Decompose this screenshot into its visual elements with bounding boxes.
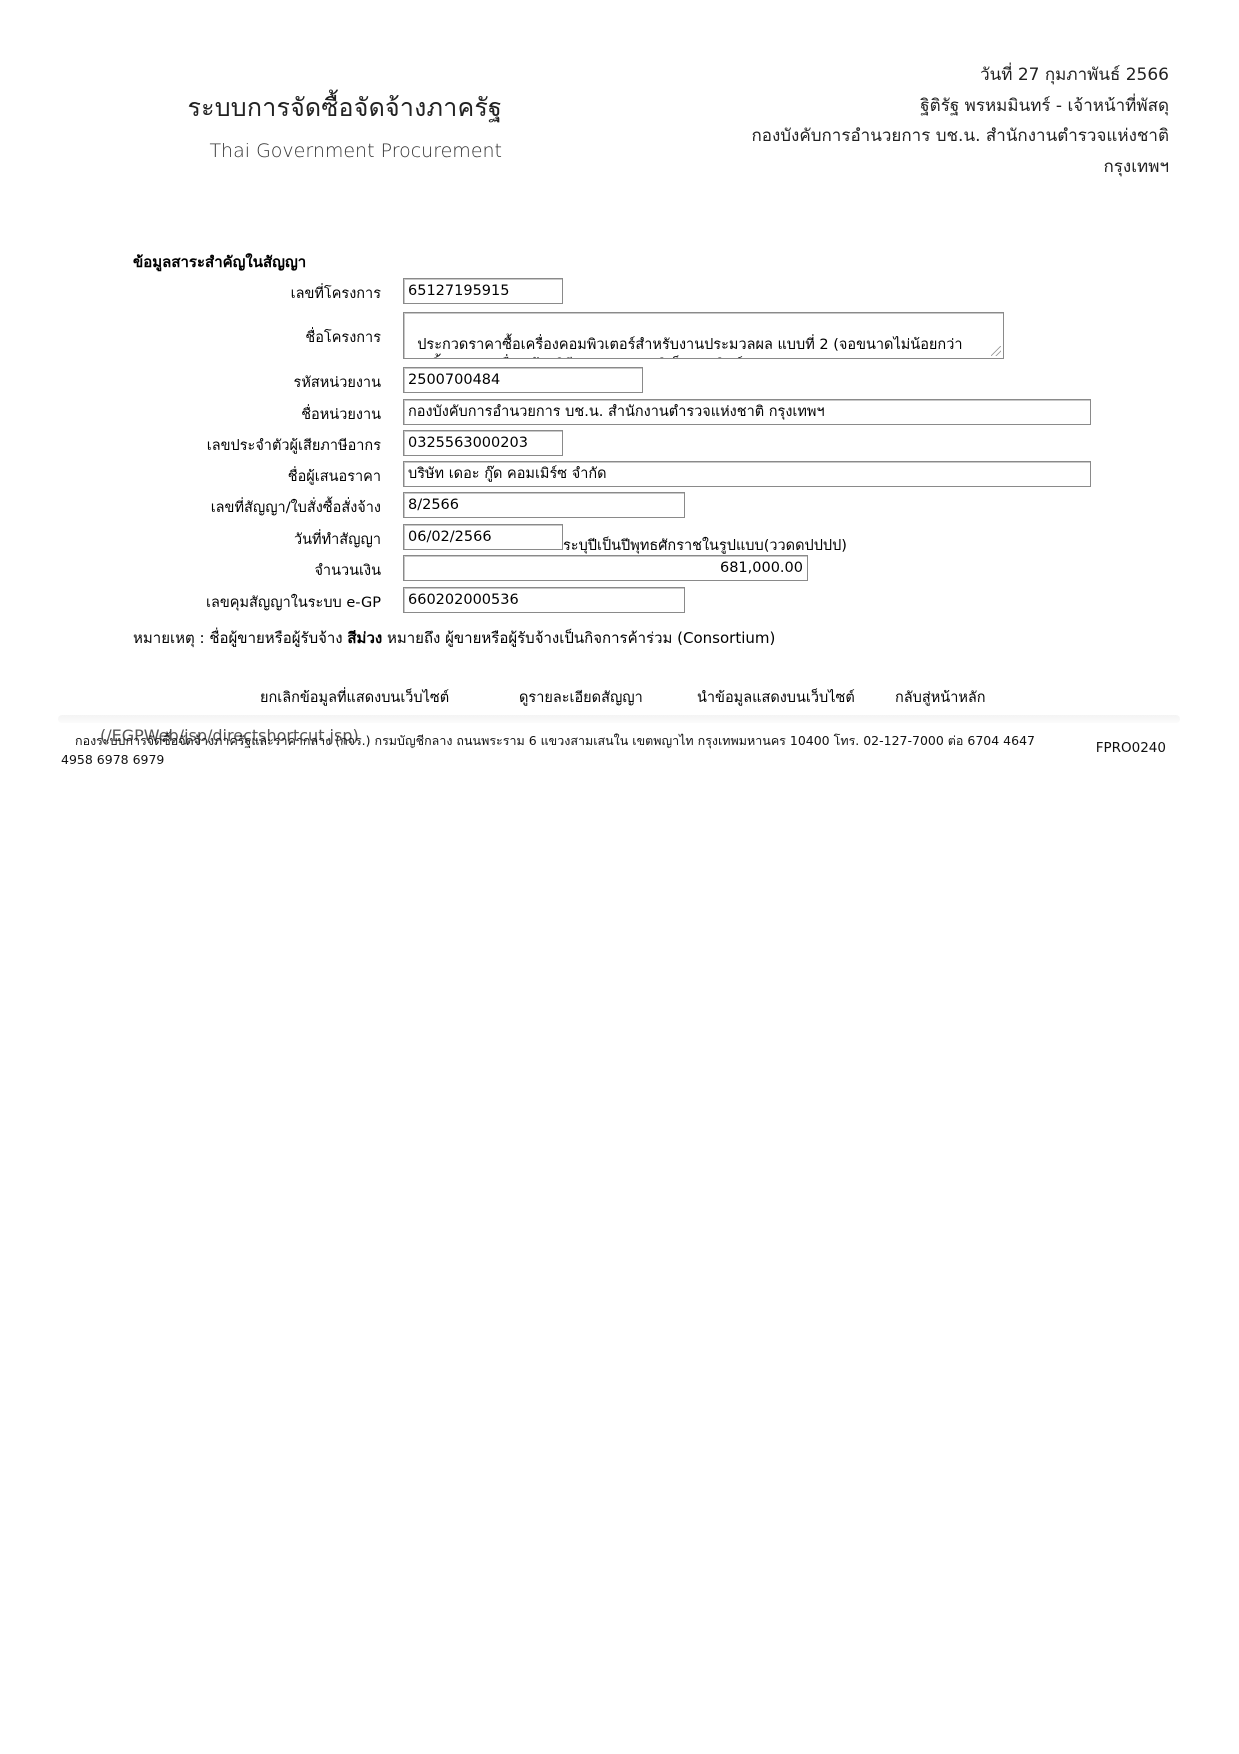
footer-address: กองระบบการจัดซื้อจัดจ้างภาครัฐและราคากลา… [75,731,1035,751]
project-name-label: ชื่อโครงการ [305,326,381,349]
dept-code-field[interactable]: 2500700484 [403,367,643,393]
egp-no-label: เลขคุมสัญญาในระบบ e-GP [206,591,381,614]
bidder-name-field[interactable]: บริษัท เดอะ กู๊ด คอมเมิร์ซ จำกัด [403,461,1091,487]
system-header: ระบบการจัดซื้อจัดจ้างภาครัฐ Thai Governm… [150,88,502,162]
publish-link[interactable]: นำข้อมูลแสดงบนเว็บไซต์ [697,686,855,709]
contract-date-label: วันที่ทำสัญญา [294,528,381,551]
footer-extensions: 4958 6978 6979 [61,752,164,767]
row-bidder-name: ชื่อผู้เสนอราคา บริษัท เดอะ กู๊ด คอมเมิร… [0,461,1239,487]
section-title: ข้อมูลสาระสำคัญในสัญญา [133,250,306,274]
bidder-name-label: ชื่อผู้เสนอราคา [288,465,381,488]
note-highlight: สีม่วง [347,629,382,647]
agency-name: กองบังคับการอำนวยการ บช.น. สำนักงานตำรวจ… [751,121,1169,152]
row-egp-no: เลขคุมสัญญาในระบบ e-GP 660202000536 [0,587,1239,613]
row-contract-no: เลขที่สัญญา/ใบสั่งซื้อสั่งจ้าง 8/2566 [0,492,1239,518]
project-name-value: ประกวดราคาซื้อเครื่องคอมพิวเตอร์สำหรับงา… [408,337,963,359]
row-dept-code: รหัสหน่วยงาน 2500700484 [0,367,1239,393]
dept-code-label: รหัสหน่วยงาน [294,371,381,394]
tax-id-label: เลขประจำตัวผู้เสียภาษีอากร [207,434,381,457]
amount-field[interactable]: 681,000.00 [403,555,808,581]
note-suffix: หมายถึง ผู้ขายหรือผู้รับจ้างเป็นกิจการค้… [382,629,775,647]
system-title-th: ระบบการจัดซื้อจัดจ้างภาครัฐ [150,88,502,128]
row-dept-name: ชื่อหน่วยงาน กองบังคับการอำนวยการ บช.น. … [0,399,1239,425]
project-name-textarea[interactable]: ประกวดราคาซื้อเครื่องคอมพิวเตอร์สำหรับงา… [403,312,1004,359]
consortium-note: หมายเหตุ : ชื่อผู้ขายหรือผู้รับจ้าง สีม่… [133,626,775,650]
egp-no-field[interactable]: 660202000536 [403,587,685,613]
row-amount: จำนวนเงิน 681,000.00 [0,555,1239,581]
dept-name-field[interactable]: กองบังคับการอำนวยการ บช.น. สำนักงานตำรวจ… [403,399,1091,425]
system-title-en: Thai Government Procurement [150,140,502,162]
back-home-link[interactable]: กลับสู่หน้าหลัก [895,686,986,709]
contract-no-label: เลขที่สัญญา/ใบสั่งซื้อสั่งจ้าง [211,496,381,519]
footer-divider [58,715,1180,723]
resize-grip-icon[interactable] [991,346,1001,356]
cancel-publish-link[interactable]: ยกเลิกข้อมูลที่แสดงบนเว็บไซต์ [260,686,449,709]
user-name: ฐิติรัฐ พรหมมินทร์ - เจ้าหน้าที่พัสดุ [751,91,1169,122]
row-tax-id: เลขประจำตัวผู้เสียภาษีอากร 0325563000203 [0,430,1239,456]
amount-label: จำนวนเงิน [314,559,381,582]
current-date: วันที่ 27 กุมภาพันธ์ 2566 [751,60,1169,91]
date-format-hint: ระบุปีเป็นปีพุทธศักราชในรูปแบบ(ววดดปปปป) [563,534,847,557]
view-contract-link[interactable]: ดูรายละเอียดสัญญา [519,686,643,709]
contract-date-field[interactable]: 06/02/2566 [403,524,563,550]
note-prefix: หมายเหตุ : ชื่อผู้ขายหรือผู้รับจ้าง [133,629,347,647]
project-no-field[interactable]: 65127195915 [403,278,563,304]
user-info: วันที่ 27 กุมภาพันธ์ 2566 ฐิติรัฐ พรหมมิ… [751,60,1169,182]
project-no-label: เลขที่โครงการ [291,282,381,305]
dept-name-label: ชื่อหน่วยงาน [301,403,381,426]
province: กรุงเทพฯ [751,152,1169,183]
tax-id-field[interactable]: 0325563000203 [403,430,563,456]
row-project-no: เลขที่โครงการ 65127195915 [0,278,1239,304]
page-code: FPRO0240 [1096,740,1166,756]
contract-no-field[interactable]: 8/2566 [403,492,685,518]
